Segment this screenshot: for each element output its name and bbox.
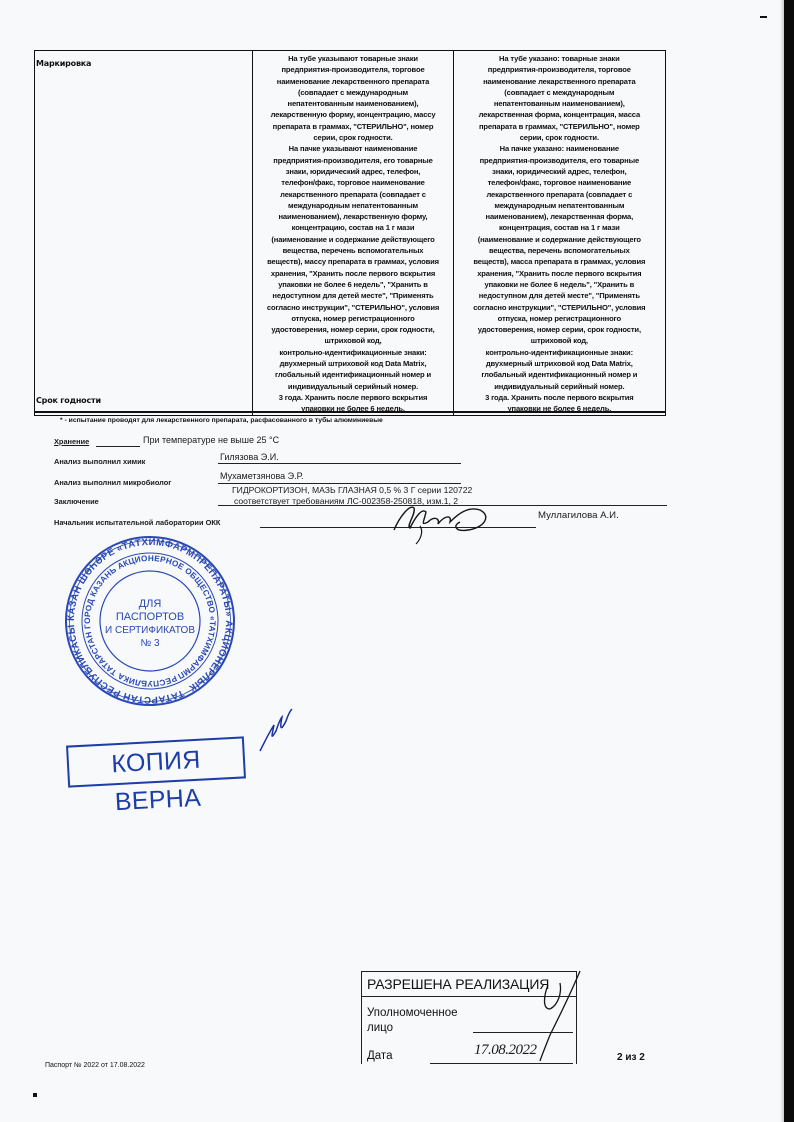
- lab-head-signature: [380, 496, 510, 546]
- footnote: * - испытание проводят для лекарственног…: [60, 417, 383, 424]
- stamp-line-3: И СЕРТИФИКАТОВ: [105, 625, 195, 636]
- chemist-name: Гилязова Э.И.: [220, 452, 279, 462]
- authorized-person-label: Уполномоченное: [367, 1007, 458, 1019]
- scan-speck: [33, 1093, 37, 1097]
- copy-initials-signature: [256, 705, 296, 755]
- conclusion-label: Заключение: [54, 497, 99, 506]
- storage-value: При температуре не выше 25 °С: [143, 435, 279, 445]
- authorized-person-label-2: лицо: [367, 1022, 393, 1034]
- storage-underline: [96, 446, 140, 447]
- date-label: Дата: [367, 1050, 392, 1062]
- stamp-line-4: № 3: [140, 638, 160, 649]
- passport-number: Паспорт № 2022 от 17.08.2022: [45, 1062, 145, 1069]
- row-label-shelf-life: Срок годности: [36, 396, 101, 405]
- table-bottom-rule: [34, 411, 666, 413]
- specification-table: Маркировка Срок годности На тубе указыва…: [34, 50, 666, 416]
- round-company-stamp: ТАТАРСТАН РЕСПУБЛИКАСЫ КАЗАН ШӘҺӘРЕ «ТАТ…: [64, 535, 236, 707]
- table-row: Маркировка Срок годности На тубе указыва…: [35, 51, 666, 416]
- stamp-line-2: ПАСПОРТОВ: [116, 611, 184, 623]
- copy-verified-stamp: КОПИЯ ВЕРНА: [66, 736, 246, 787]
- microbiologist-underline: [218, 483, 461, 484]
- actual-result-cell: На тубе указано: товарные знаки предприя…: [453, 51, 665, 416]
- actual-result-text: На тубе указано: товарные знаки предприя…: [454, 51, 665, 415]
- microbiologist-name: Мухаметзянова Э.Р.: [220, 471, 303, 481]
- chemist-label: Анализ выполнил химик: [54, 457, 145, 466]
- scan-speck: [760, 16, 767, 18]
- requirement-cell: На тубе указывают товарные знаки предпри…: [253, 51, 453, 416]
- microbiologist-label: Анализ выполнил микробиолог: [54, 478, 171, 487]
- conclusion-line-1: ГИДРОКОРТИЗОН, МАЗЬ ГЛАЗНАЯ 0,5 % 3 Г се…: [232, 485, 472, 495]
- storage-label: Хранение: [54, 437, 89, 446]
- chemist-underline: [218, 463, 461, 464]
- lab-head-label: Начальник испытательной лаборатории ОКК: [54, 518, 220, 527]
- parameter-name-cell: Маркировка Срок годности: [35, 51, 253, 416]
- authorized-person-signature: [520, 965, 590, 1065]
- requirement-text: На тубе указывают товарные знаки предпри…: [253, 51, 452, 415]
- stamp-line-1: ДЛЯ: [139, 598, 162, 610]
- scan-edge-bar: [784, 0, 794, 1122]
- lab-head-name: Муллагилова А.И.: [538, 510, 619, 521]
- page-number: 2 из 2: [617, 1052, 645, 1063]
- row-label-marking: Маркировка: [36, 59, 91, 68]
